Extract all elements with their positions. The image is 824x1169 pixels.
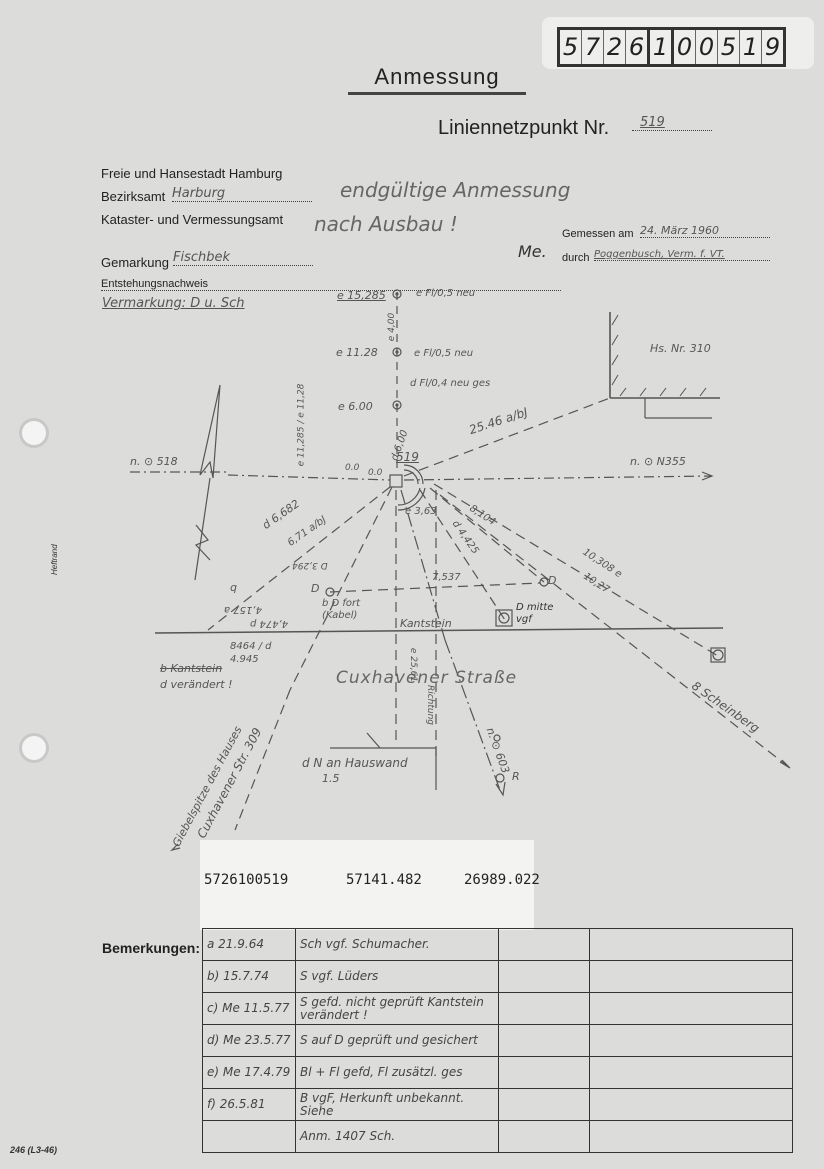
label-e1128: e 11.28 <box>336 346 378 359</box>
label-dfort: b D fort (Kabel) <box>322 598 382 622</box>
table-row: Anm. 1407 Sch. <box>203 1121 793 1153</box>
empty-cell <box>499 1057 590 1089</box>
label-e600: e 6.00 <box>338 400 373 413</box>
label-e400: e 4,00 <box>387 313 397 341</box>
label-richtung: Richtung <box>425 685 435 725</box>
table-row: e) Me 17.4.79Bl + Fl gefd, Fl zusätzl. g… <box>203 1057 793 1089</box>
remark-date: d) Me 23.5.77 <box>203 1025 296 1057</box>
remark-text: S vgf. Lüders <box>296 961 499 993</box>
remark-date: e) Me 17.4.79 <box>203 1057 296 1089</box>
remark-text: Bl + Fl gefd, Fl zusätzl. ges <box>296 1057 499 1089</box>
empty-cell <box>590 961 793 993</box>
label-fl1: e Fl/0,5 neu <box>416 288 475 299</box>
remark-text: B vgF, Herkunft unbekannt. Siehe <box>296 1089 499 1121</box>
table-row: f) 26.5.81B vgF, Herkunft unbekannt. Sie… <box>203 1089 793 1121</box>
marking-note: Vermarkung: D u. Sch <box>102 296 245 311</box>
empty-cell <box>590 1025 793 1057</box>
label-changed-1: b Kantstein <box>160 662 222 675</box>
empty-cell <box>499 961 590 993</box>
empty-cell <box>590 1121 793 1153</box>
empty-cell <box>499 1089 590 1121</box>
label-d4157: 4,157 a <box>224 604 262 615</box>
remark-date: a 21.9.64 <box>203 929 296 961</box>
coord-x: 57141.482 <box>346 872 422 888</box>
document-page: Heftrand 246 (L3-46) 5 7 2 6 1 0 0 5 1 9… <box>0 0 824 1169</box>
remark-text: S auf D geprüft und gesichert <box>296 1025 499 1057</box>
label-d7537: 7,537 <box>432 572 461 583</box>
label-n355: n. ⊙ N355 <box>630 455 686 468</box>
label-d4474: 4,474 p <box>250 618 288 629</box>
label-e363: e 3,63 <box>405 506 437 517</box>
remark-date <box>203 1121 296 1153</box>
label-n518: n. ⊙ 518 <box>130 455 178 468</box>
coord-y: 26989.022 <box>464 872 540 888</box>
empty-cell <box>499 1025 590 1057</box>
remark-text: Sch vgf. Schumacher. <box>296 929 499 961</box>
table-row: b) 15.7.74S vgf. Lüders <box>203 961 793 993</box>
point-519-marker <box>390 475 402 487</box>
empty-cell <box>499 929 590 961</box>
table-row: c) Me 11.5.77S gefd. nicht geprüft Kants… <box>203 993 793 1025</box>
empty-cell <box>590 993 793 1025</box>
empty-cell <box>590 929 793 961</box>
coord-id: 5726100519 <box>204 872 288 888</box>
label-kantstein: Kantstein <box>400 617 452 630</box>
label-519: 519 <box>396 450 419 464</box>
label-point-D1: D <box>311 582 319 595</box>
label-changed-2: d verändert ! <box>160 678 232 691</box>
table-row: d) Me 23.5.77S auf D geprüft und gesiche… <box>203 1025 793 1057</box>
label-e11285: e 11,285 / e 11,28 <box>296 384 306 467</box>
label-fl2: e Fl/0,5 neu <box>414 348 473 359</box>
empty-cell <box>499 1121 590 1153</box>
label-d4945: 8464 / d 4.945 <box>230 640 290 666</box>
label-house-number: Hs. Nr. 310 <box>650 342 711 355</box>
label-fl3: d Fl/0,4 neu ges <box>410 378 490 389</box>
remark-date: b) 15.7.74 <box>203 961 296 993</box>
remark-date: f) 26.5.81 <box>203 1089 296 1121</box>
empty-cell <box>590 1057 793 1089</box>
remarks-table: a 21.9.64Sch vgf. Schumacher. b) 15.7.74… <box>202 928 793 1153</box>
table-row: a 21.9.64Sch vgf. Schumacher. <box>203 929 793 961</box>
label-hauswand-2: 1.5 <box>322 772 340 785</box>
coordinate-card: 5726100519 57141.482 26989.022 <box>200 840 534 930</box>
label-d3294: D 3,294 <box>292 560 328 570</box>
remark-text: Anm. 1407 Sch. <box>296 1121 499 1153</box>
label-zero2: 0.0 <box>368 468 382 478</box>
label-b: b <box>230 582 237 595</box>
remark-text: S gefd. nicht geprüft Kantstein veränder… <box>296 993 499 1025</box>
label-hauswand: d N an Hauswand <box>302 756 408 770</box>
label-e2561: e 25,61 <box>408 648 418 682</box>
empty-cell <box>590 1089 793 1121</box>
label-R: R <box>512 770 520 783</box>
label-e15285: e 15,285 <box>337 289 386 302</box>
remark-date: c) Me 11.5.77 <box>203 993 296 1025</box>
label-dmitte: D mitte vgf <box>516 602 566 626</box>
remarks-label: Bemerkungen: <box>102 940 200 956</box>
label-point-D2: D <box>548 574 556 587</box>
empty-cell <box>499 993 590 1025</box>
label-zero1: 0.0 <box>345 463 359 473</box>
